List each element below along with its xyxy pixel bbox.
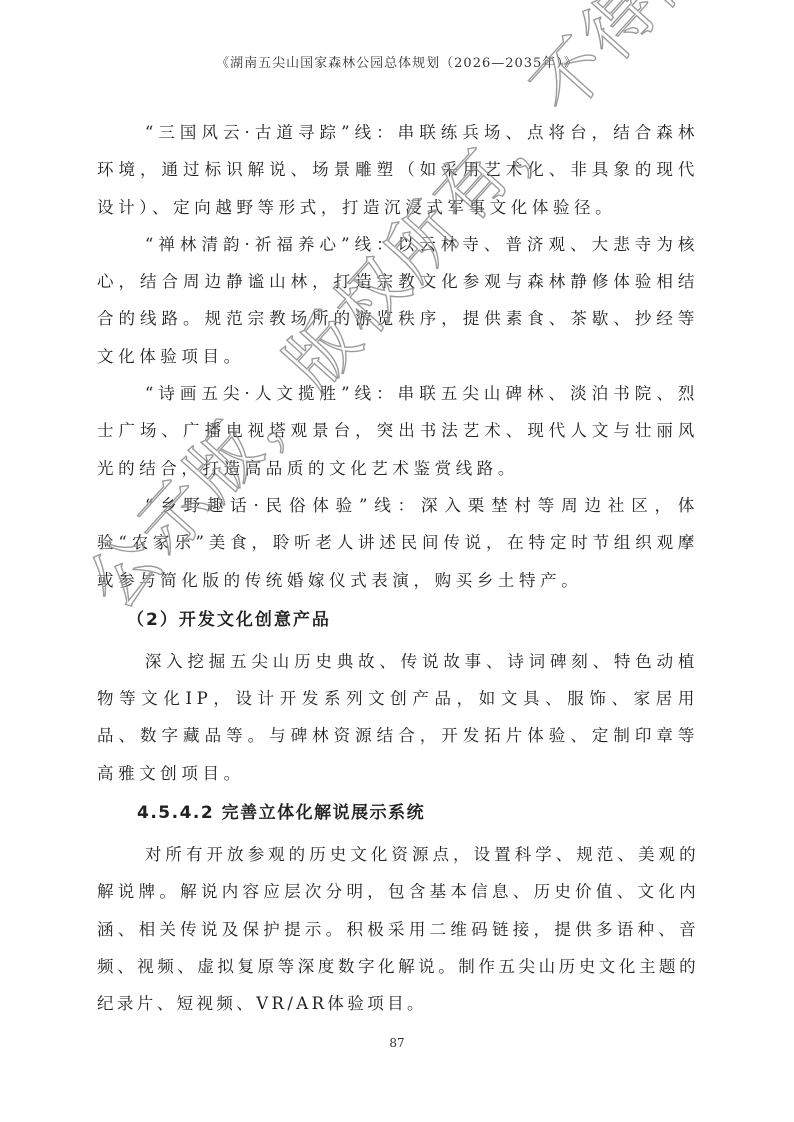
paragraph-route-rural-folk: “乡野趣话·民俗体验”线：深入栗埜村等周边社区，体验“农家乐”美食，聆听老人讲述… [97,487,699,599]
paragraph-interpretation-system: 对所有开放参观的历史文化资源点，设置科学、规范、美观的解说牌。解说内容应层次分明… [97,836,699,1022]
page-number: 87 [0,1036,794,1050]
paragraph-route-poetry-painting: “诗画五尖·人文揽胜”线：串联五尖山碑林、淡泊书院、烈士广场、广播电视塔观景台，… [97,375,699,487]
paragraph-cultural-products: 深入挖掘五尖山历史典故、传说故事、诗词碑刻、特色动植物等文化IP，设计开发系列文… [97,643,699,792]
running-header: 《湖南五尖山国家森林公园总体规划（2026—2035年）》 [0,52,794,71]
section-heading-interpretation-system: 4.5.4.2 完善立体化解说展示系统 [97,794,699,832]
subheading-cultural-products: （2）开发文化创意产品 [97,601,699,639]
page-body: “三国风云·古道寻踪”线：串联练兵场、点将台，结合森林环境，通过标识解说、场景雕… [97,114,699,1023]
paragraph-route-three-kingdoms: “三国风云·古道寻踪”线：串联练兵场、点将台，结合森林环境，通过标识解说、场景雕… [97,114,699,226]
paragraph-route-zen-forest: “禅林清韵·祈福养心”线：以云林寺、普济观、大悲寺为核心，结合周边静谧山林，打造… [97,226,699,375]
